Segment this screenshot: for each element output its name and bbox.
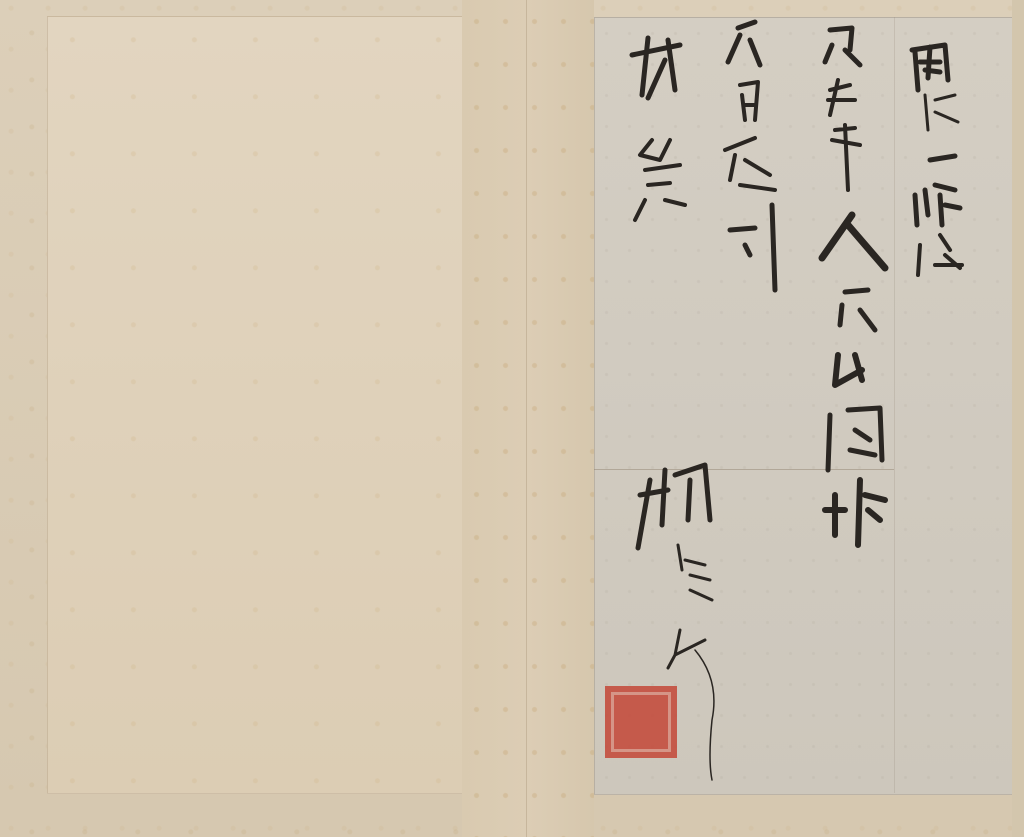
red-seal-stamp — [605, 686, 677, 758]
column-2-strokes — [822, 28, 885, 545]
column-3-strokes — [725, 22, 775, 290]
column-1-strokes — [912, 45, 962, 275]
calligraphy-ink-strokes — [0, 0, 1024, 837]
seal-carving — [611, 692, 671, 752]
column-4-strokes — [632, 38, 685, 220]
